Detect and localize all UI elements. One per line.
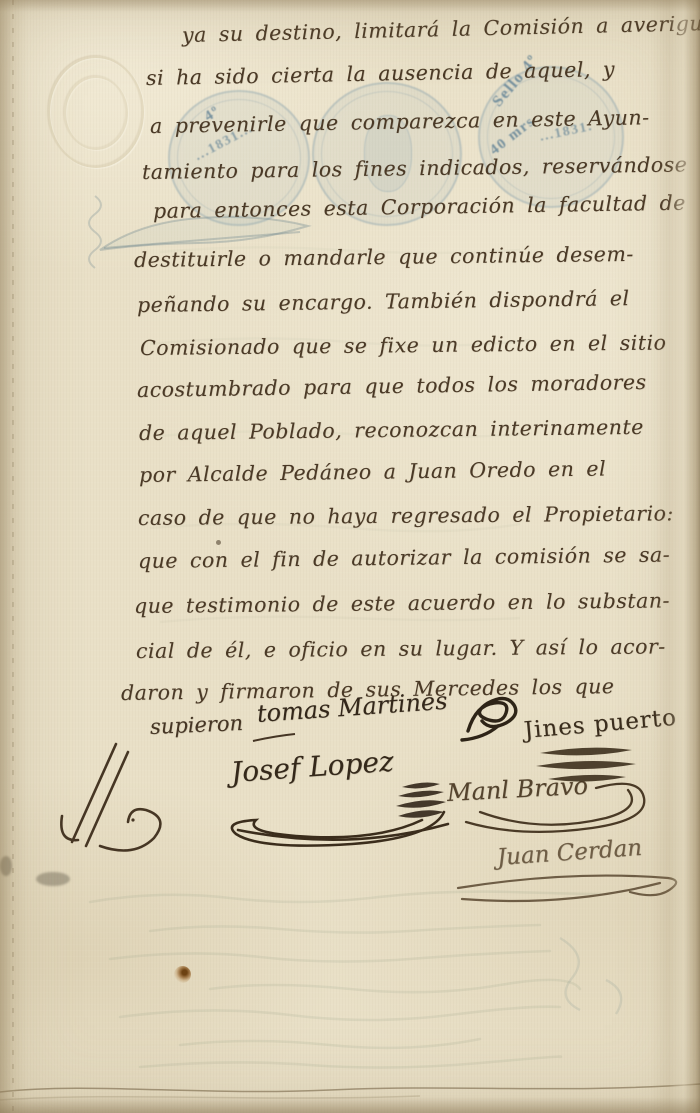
bottom-crease (0, 1084, 700, 1100)
manuscript-line: caso de que no haya regresado el Propiet… (138, 499, 674, 532)
rubric-josef-sweep (232, 812, 448, 846)
verso-ghost-squiggles (560, 938, 621, 1014)
scribe-paraph (61, 744, 160, 851)
signature-juan-cerdan: Juan Cerdan (496, 835, 643, 871)
signature-jines-puerto: Jines puerto (523, 705, 678, 744)
closing-word: supieron (149, 711, 243, 739)
edge-smudge (0, 856, 12, 876)
top-edge-shadow (0, 0, 700, 12)
bottom-edge-shadow (0, 1097, 700, 1113)
binding-edge-shadow (0, 0, 28, 1113)
embossed-seal-outer-ring (48, 56, 144, 168)
tax-stamp-right: Sello 4º 40 mrs ...1831. (478, 66, 624, 208)
manuscript-line: que testimonio de este acuerdo en lo sub… (134, 586, 670, 620)
ink-speck (216, 540, 221, 545)
binding-seam (12, 0, 14, 1113)
brown-ink-stain (174, 966, 191, 983)
closing-word-dash (253, 734, 295, 741)
signature-josef-lopez: Josef Lopez (230, 745, 395, 789)
manuscript-line: Comisionado que se fixe un edicto en el … (140, 328, 667, 362)
embossed-seal-inner-ring (64, 76, 128, 150)
manuscript-line: que con el fin de autorizar la comisión … (138, 540, 670, 575)
rubric-juan (458, 876, 676, 901)
scallop-margin-mark (89, 196, 101, 268)
manuscript-line: acostumbrado para que todos los moradore… (137, 368, 647, 405)
manuscript-scan-page: 4º ...1831... Sello 4º 40 mrs ...1831. (0, 0, 700, 1113)
manuscript-line: peñando su encargo. También dispondrá el (137, 284, 630, 320)
manuscript-line: por Alcalde Pedáneo a Juan Oredo en el (139, 454, 606, 489)
manuscript-line: destituirle o mandarle que continúe dese… (134, 240, 634, 275)
signature-manuel-bravo: Manl Bravo (446, 772, 588, 807)
manuscript-line: ya su destino, limitará la Comisión a av… (182, 9, 700, 50)
manuscript-line: de aquel Poblado, reconozcan interinamen… (139, 413, 644, 448)
manuscript-line: cial de él, e oficio en su lugar. Y así … (136, 632, 666, 665)
verso-ghost-lines (90, 892, 600, 1068)
charcoal-smudge (36, 872, 70, 886)
rubric-josef-springs (396, 783, 446, 818)
rubric-tomas (462, 698, 516, 740)
